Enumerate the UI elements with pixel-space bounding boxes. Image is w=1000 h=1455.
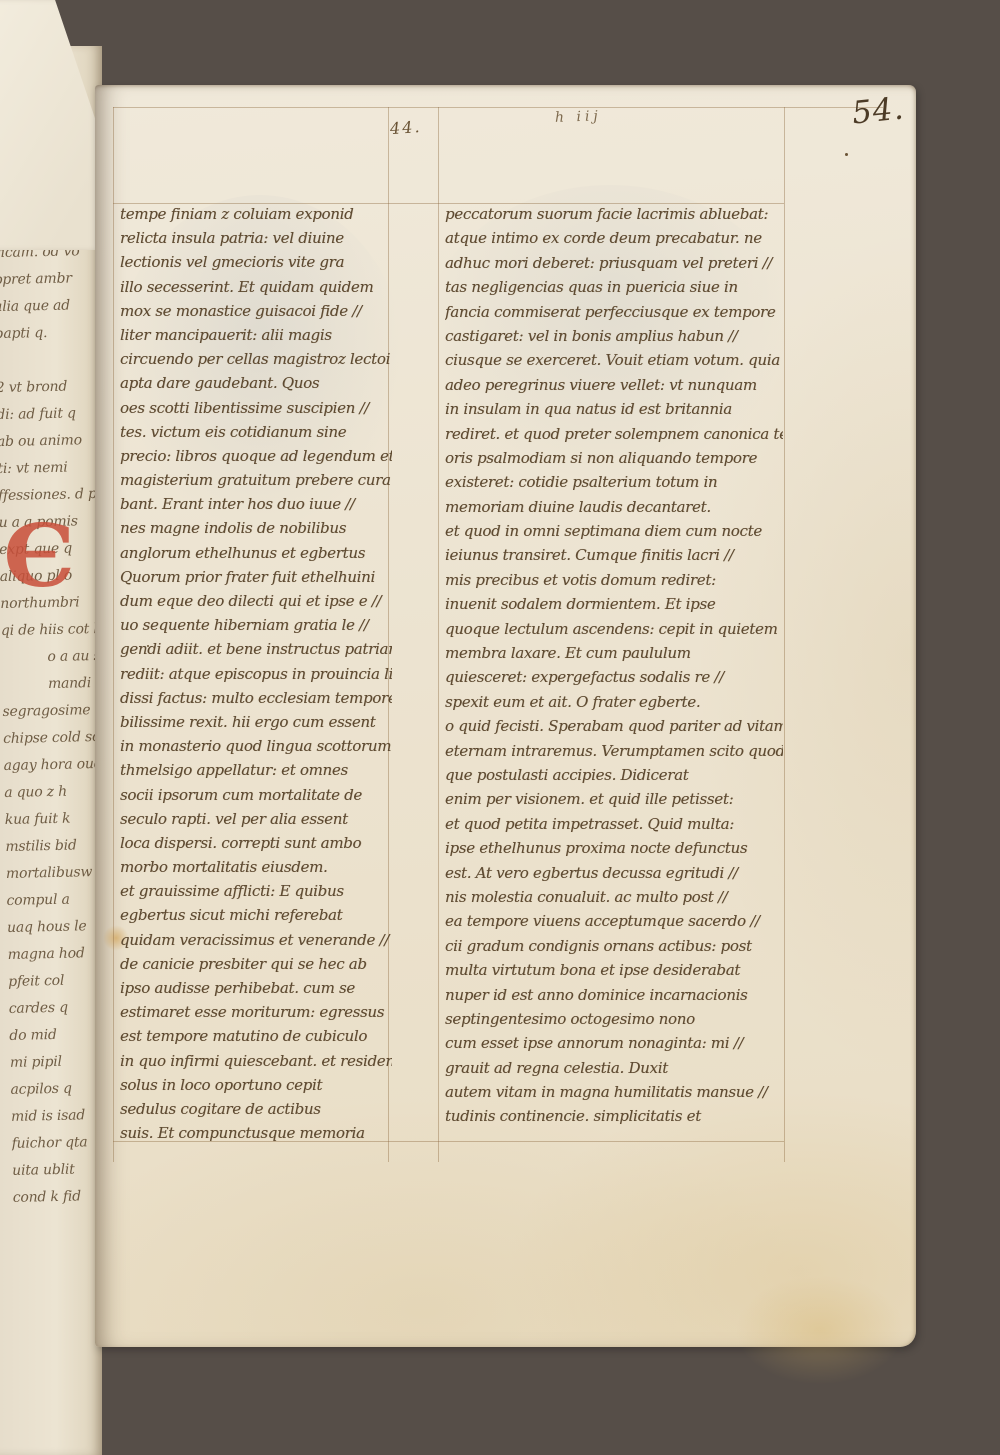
manuscript-text-line: membra laxare. Et cum paululum [445, 641, 783, 665]
manuscript-text-line: thmelsigo appellatur: et omnes [120, 758, 392, 782]
folio-number: 54. [850, 90, 906, 131]
manuscript-text-line: ieiunus transiret. Cumque finitis lacri … [445, 543, 783, 567]
manuscript-text-line: multa virtutum bona et ipse desiderabat [445, 958, 783, 982]
manuscript-text-line: suis. Et compunctusque memoria [120, 1121, 392, 1145]
manuscript-text-line: morbo mortalitatis eiusdem. [120, 855, 392, 879]
manuscript-text-line: sedulus cogitare de actibus [120, 1097, 392, 1121]
manuscript-text-line: cum esset ipse annorum nonaginta: mi // [445, 1031, 783, 1055]
marginalia-fragment-line: kua fuit k [5, 805, 103, 834]
quire-signature: h iij [555, 108, 602, 126]
manuscript-text-line: ipse ethelhunus proxima nocte defunctus [445, 836, 783, 860]
manuscript-text-line: ea tempore viuens acceptumque sacerdo // [445, 909, 783, 933]
manuscript-text-line: ciusque se exerceret. Vouit etiam votum.… [445, 348, 783, 372]
manuscript-text-line: autem vitam in magna humilitatis mansue … [445, 1080, 783, 1104]
manuscript-text-line: bilissime rexit. hii ergo cum essent [120, 710, 392, 734]
manuscript-text-line: solus in loco oportuno cepit [120, 1073, 392, 1097]
manuscript-text-line: memoriam diuine laudis decantaret. [445, 495, 783, 519]
manuscript-text-line: in insulam in qua natus id est britannia [445, 397, 783, 421]
marginalia-fragment-line [0, 346, 92, 375]
manuscript-text-line: rediret. et quod preter solempnem canoni… [445, 422, 783, 446]
parchment-stain [735, 1275, 905, 1385]
manuscript-text-line: oes scotti libentissime suscipien // [120, 396, 392, 420]
manuscript-text-line: adhuc mori deberet: priusquam vel preter… [445, 251, 783, 275]
manuscript-text-line: bant. Erant inter hos duo iuue // [120, 492, 392, 516]
marginalia-fragment-line: mi pipil [10, 1048, 108, 1077]
marginalia-fragment-line: bapti q. [0, 319, 92, 348]
manuscript-text-line: mis precibus et votis domum rediret: [445, 568, 783, 592]
manuscript-text-line: castigaret: vel in bonis amplius habun /… [445, 324, 783, 348]
ink-speck [845, 153, 848, 156]
manuscript-text-line: dum eque deo dilecti qui et ipse e // [120, 589, 392, 613]
manuscript-text-line: Quorum prior frater fuit ethelhuini [120, 565, 392, 589]
manuscript-text-line: adeo peregrinus viuere vellet: vt nunqua… [445, 373, 783, 397]
marginalia-fragment-line: segragosime q [2, 697, 100, 726]
marginalia-fragment-line: acpilos q [10, 1075, 108, 1104]
manuscript-text-line: tudinis continencie. simplicitatis et [445, 1104, 783, 1128]
manuscript-text-line: gendi adiit. et bene instructus patriam [120, 637, 392, 661]
manuscript-text-line: septingentesimo octogesimo nono [445, 1007, 783, 1031]
previous-leaf-blank-corner [0, 0, 102, 250]
marginalia-fragment-line: do mid [9, 1021, 107, 1050]
manuscript-text-line: illo secesserint. Et quidam quidem [120, 275, 392, 299]
manuscript-text-line: precio: libros quoque ad legendum et [120, 444, 392, 468]
manuscript-text-line: seculo rapti. vel per alia essent [120, 807, 392, 831]
marginalia-fragment-line: mortalibusw [6, 859, 104, 888]
manuscript-text-line: nes magne indolis de nobilibus [120, 516, 392, 540]
manuscript-text-line: est. At vero egbertus decussa egritudi /… [445, 861, 783, 885]
manuscript-text-line: cii gradum condignis ornans actibus: pos… [445, 934, 783, 958]
manuscript-text-line: nuper id est anno dominice incarnacionis [445, 983, 783, 1007]
ruling-line-vertical [113, 107, 114, 1162]
quire-number: 44. [389, 117, 422, 138]
manuscript-text-line: peccatorum suorum facie lacrimis ablueba… [445, 202, 783, 226]
photo-background: o ord afflictiocordibus T orcidmit : mox… [0, 0, 1000, 1455]
manuscript-text-line: nis molestia conualuit. ac multo post // [445, 885, 783, 909]
manuscript-page: 44. h iij 54. tempe finiam z coluiam exp… [95, 85, 916, 1347]
manuscript-text-line: eternam intraremus. Verumptamen scito qu… [445, 739, 783, 763]
marginalia-fragment-line: chipse cold so [3, 724, 101, 753]
manuscript-text-line: anglorum ethelhunus et egbertus [120, 541, 392, 565]
previous-page-text-fragments: o ord afflictiocordibus T orcidmit : mox… [0, 157, 110, 1212]
manuscript-text-line: spexit eum et ait. O frater egberte. [445, 690, 783, 714]
manuscript-text-line: tas negligencias quas in puericia siue i… [445, 275, 783, 299]
manuscript-text-line: rediit: atque episcopus in prouincia lin… [120, 662, 392, 686]
manuscript-text-line: de canicie presbiter qui se hec ab [120, 952, 392, 976]
marginalia-fragment-line: agay hora oue [3, 751, 101, 780]
manuscript-text-line: apta dare gaudebant. Quos [120, 371, 392, 395]
text-column-left: tempe finiam z coluiam exponidrelicta in… [120, 202, 392, 1145]
manuscript-text-line: inuenit sodalem dormientem. Et ipse [445, 592, 783, 616]
manuscript-text-line: quoque lectulum ascendens: cepit in quie… [445, 617, 783, 641]
manuscript-text-line: in monasterio quod lingua scottorum ra /… [120, 734, 392, 758]
ruling-line-horizontal [113, 107, 883, 108]
manuscript-text-line: relicta insula patria: vel diuine [120, 226, 392, 250]
manuscript-text-line: tes. victum eis cotidianum sine [120, 420, 392, 444]
manuscript-text-line: magisterium gratuitum prebere cura // [120, 468, 392, 492]
manuscript-text-line: oris psalmodiam si non aliquando tempore [445, 446, 783, 470]
manuscript-text-line: egbertus sicut michi referebat [120, 903, 392, 927]
manuscript-text-line: dissi factus: multo ecclesiam tempore no… [120, 686, 392, 710]
manuscript-text-line: ipso audisse perhibebat. cum se [120, 976, 392, 1000]
marginalia-fragment-line: alia que ad [0, 292, 91, 321]
manuscript-text-line: atque intimo ex corde deum precabatur. n… [445, 226, 783, 250]
manuscript-text-line: o quid fecisti. Sperabam quod pariter ad… [445, 714, 783, 738]
manuscript-text-line: enim per visionem. et quid ille petisset… [445, 787, 783, 811]
marginalia-fragment-line: ti: vt nemi [0, 454, 95, 483]
marginalia-fragment-line: pfeit col [8, 967, 106, 996]
manuscript-text-line: et quod petita impetrasset. Quid multa: [445, 812, 783, 836]
manuscript-text-line: quidam veracissimus et venerande // [120, 928, 392, 952]
ruling-line-vertical [438, 107, 439, 1162]
manuscript-text-line: grauit ad regna celestia. Duxit [445, 1056, 783, 1080]
ruling-line-vertical [784, 107, 785, 1162]
marginalia-fragment-line: mid is isad [11, 1102, 109, 1131]
manuscript-text-line: est tempore matutino de cubiculo [120, 1024, 392, 1048]
manuscript-text-line: et quod in omni septimana diem cum nocte [445, 519, 783, 543]
manuscript-text-line: fancia commiserat perfecciusque ex tempo… [445, 300, 783, 324]
marginalia-fragment-line: mstilis bid [5, 832, 103, 861]
manuscript-text-line: tempe finiam z coluiam exponid [120, 202, 392, 226]
marginalia-fragment-line: cardes q [9, 994, 107, 1023]
marginalia-fragment-line: di: ad fuit q [0, 400, 94, 429]
rubric-initial: Є [3, 514, 75, 600]
manuscript-text-line: loca dispersi. correpti sunt ambo [120, 831, 392, 855]
marginalia-fragment-line: a quo z h [4, 778, 102, 807]
manuscript-text-line: circuendo per cellas magistroz lectoi [120, 347, 392, 371]
manuscript-text-line: que postulasti accipies. Didicerat [445, 763, 783, 787]
marginalia-fragment-line: ab ou animo [0, 427, 94, 456]
text-column-right: peccatorum suorum facie lacrimis ablueba… [445, 202, 783, 1129]
marginalia-fragment-line: qi de hiis cot h [1, 616, 99, 645]
manuscript-text-line: quiesceret: expergefactus sodalis re // [445, 665, 783, 689]
manuscript-text-line: existeret: cotidie psalterium totum in [445, 470, 783, 494]
marginalia-fragment-line: uaq hous le [7, 913, 105, 942]
manuscript-text-line: liter mancipauerit: alii magis [120, 323, 392, 347]
marginalia-fragment-line: o a au sic [1, 643, 99, 672]
manuscript-text-line: in quo infirmi quiescebant. et residens [120, 1049, 392, 1073]
previous-page-edge: o ord afflictiocordibus T orcidmit : mox… [0, 46, 102, 1455]
manuscript-text-line: et grauissime afflicti: E quibus [120, 879, 392, 903]
manuscript-text-line: estimaret esse moriturum: egressus [120, 1000, 392, 1024]
marginalia-fragment-line: compul a [6, 886, 104, 915]
manuscript-text-line: lectionis vel gmecioris vite gra [120, 250, 392, 274]
marginalia-fragment-line: 2 vt brond [0, 373, 93, 402]
marginalia-fragment-line: ppret ambr [0, 265, 91, 294]
marginalia-fragment-line: magna hod [7, 940, 105, 969]
manuscript-text-line: uo sequente hiberniam gratia le // [120, 613, 392, 637]
manuscript-text-line: socii ipsorum cum mortalitate de [120, 783, 392, 807]
marginalia-fragment-line: mandi [2, 670, 100, 699]
manuscript-text-line: mox se monastice guisacoi fide // [120, 299, 392, 323]
